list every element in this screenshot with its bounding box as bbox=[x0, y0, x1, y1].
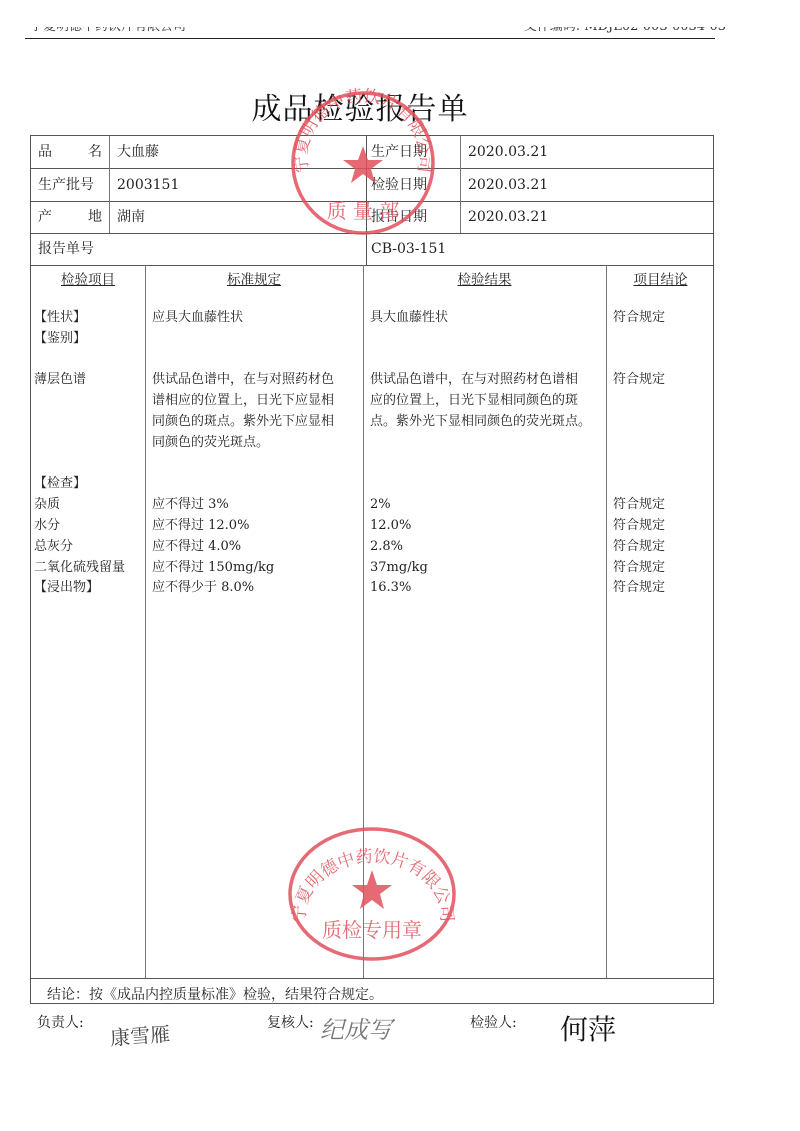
inspection-date-label: 检验日期 bbox=[371, 175, 427, 195]
cell-conclusion bbox=[613, 454, 713, 475]
cell-conclusion: 符合规定 bbox=[613, 537, 713, 558]
cell-item: 水分 bbox=[34, 516, 144, 537]
cell-result: 12.0% bbox=[370, 516, 606, 537]
cell-conclusion bbox=[613, 350, 713, 371]
cell-conclusion bbox=[613, 412, 713, 433]
header-rule bbox=[25, 38, 715, 39]
cell-item: 【检查】 bbox=[34, 474, 144, 495]
report-date-label: 报告日期 bbox=[371, 207, 427, 227]
report-date-value: 2020.03.21 bbox=[468, 207, 548, 227]
origin-value: 湖南 bbox=[117, 207, 145, 227]
cell-item bbox=[34, 412, 144, 433]
cell-result: 2.8% bbox=[370, 537, 606, 558]
divider bbox=[31, 233, 713, 234]
result-column: 具大血藤性状供试品色谱中，在与对照药材色谱相应的位置上，日光下显相同颜色的斑点。… bbox=[370, 308, 606, 599]
cell-conclusion: 符合规定 bbox=[613, 558, 713, 579]
cell-item: 【鉴别】 bbox=[34, 329, 144, 350]
cell-result: 16.3% bbox=[370, 578, 606, 599]
document-code: 文件编码: MDJL02-003-0034-03 bbox=[524, 20, 726, 34]
report-no-label: 报告单号 bbox=[38, 239, 94, 259]
cell-standard: 应不得过 4.0% bbox=[152, 537, 362, 558]
col-header-conclusion: 项目结论 bbox=[606, 268, 715, 288]
cell-item bbox=[34, 454, 144, 475]
divider bbox=[31, 168, 713, 169]
cell-result: 点。紫外光下显相同颜色的荧光斑点。 bbox=[370, 412, 606, 433]
reviewer-label: 复核人: bbox=[267, 1012, 314, 1032]
cell-result bbox=[370, 350, 606, 371]
conclusion-column: 符合规定符合规定符合规定符合规定符合规定符合规定符合规定 bbox=[613, 308, 713, 599]
cell-result bbox=[370, 433, 606, 454]
cell-result bbox=[370, 474, 606, 495]
col-header-standard: 标准规定 bbox=[145, 268, 363, 288]
cell-standard: 应不得少于 8.0% bbox=[152, 578, 362, 599]
inspection-date-value: 2020.03.21 bbox=[468, 175, 548, 195]
cell-result: 37mg/kg bbox=[370, 558, 606, 579]
inspector-label: 检验人: bbox=[470, 1012, 517, 1032]
cell-conclusion: 符合规定 bbox=[613, 370, 713, 391]
cell-standard: 应不得过 150mg/kg bbox=[152, 558, 362, 579]
cell-conclusion bbox=[613, 433, 713, 454]
cell-conclusion bbox=[613, 474, 713, 495]
standard-column: 应具大血藤性状供试品色谱中，在与对照药材色谱相应的位置上，日光下应显相同颜色的斑… bbox=[152, 308, 362, 599]
cell-item bbox=[34, 433, 144, 454]
item-column: 【性状】【鉴别】薄层色谱【检查】杂质水分总灰分二氧化硫残留量【浸出物】 bbox=[34, 308, 144, 599]
production-date-label: 生产日期 bbox=[371, 142, 427, 162]
production-date-value: 2020.03.21 bbox=[468, 142, 548, 162]
report-table: 品名 大血藤 生产日期 2020.03.21 生产批号 2003151 检验日期… bbox=[30, 135, 714, 1004]
final-conclusion: 结论：按《成品内控质量标准》检验，结果符合规定。 bbox=[47, 985, 383, 1005]
divider bbox=[363, 265, 364, 978]
product-name-value: 大血藤 bbox=[117, 142, 159, 162]
cell-standard: 同颜色的斑点。紫外光下应显相 bbox=[152, 412, 362, 433]
cell-standard: 应不得过 12.0% bbox=[152, 516, 362, 537]
cell-item: 【浸出物】 bbox=[34, 578, 144, 599]
divider bbox=[366, 136, 367, 265]
product-name-label: 品名 bbox=[38, 142, 102, 162]
cell-standard: 谱相应的位置上，日光下应显相 bbox=[152, 391, 362, 412]
origin-label: 产地 bbox=[38, 207, 102, 227]
cell-result: 应的位置上，日光下显相同颜色的斑 bbox=[370, 391, 606, 412]
cell-standard: 供试品色谱中，在与对照药材色 bbox=[152, 370, 362, 391]
divider bbox=[109, 136, 110, 233]
divider bbox=[606, 265, 607, 978]
col-header-result: 检验结果 bbox=[363, 268, 606, 288]
divider bbox=[145, 265, 146, 978]
responsible-label: 负责人: bbox=[37, 1012, 84, 1032]
batch-label: 生产批号 bbox=[38, 175, 94, 195]
cell-conclusion bbox=[613, 391, 713, 412]
col-header-item: 检验项目 bbox=[31, 268, 145, 288]
cell-standard bbox=[152, 350, 362, 371]
cell-item: 二氧化硫残留量 bbox=[34, 558, 144, 579]
divider bbox=[31, 978, 713, 979]
cell-item bbox=[34, 391, 144, 412]
inspector-signature: 何萍 bbox=[560, 1008, 616, 1048]
responsible-signature: 康雪雁 bbox=[109, 1018, 171, 1051]
page-title: 成品检验报告单 bbox=[0, 84, 720, 128]
cell-standard bbox=[152, 329, 362, 350]
cell-result: 供试品色谱中，在与对照药材色谱相 bbox=[370, 370, 606, 391]
cell-conclusion: 符合规定 bbox=[613, 308, 713, 329]
divider bbox=[31, 265, 713, 266]
cell-conclusion: 符合规定 bbox=[613, 495, 713, 516]
cell-item: 杂质 bbox=[34, 495, 144, 516]
report-no-value: CB-03-151 bbox=[371, 239, 446, 259]
cell-standard bbox=[152, 454, 362, 475]
cell-conclusion bbox=[613, 329, 713, 350]
cell-item: 薄层色谱 bbox=[34, 370, 144, 391]
cell-result bbox=[370, 329, 606, 350]
cell-result bbox=[370, 454, 606, 475]
batch-value: 2003151 bbox=[117, 175, 179, 195]
cell-item: 【性状】 bbox=[34, 308, 144, 329]
cell-standard: 应不得过 3% bbox=[152, 495, 362, 516]
page-header: 宁夏明德中药饮片有限公司 文件编码: MDJL02-003-0034-03 bbox=[0, 0, 800, 40]
divider bbox=[460, 136, 461, 233]
cell-conclusion: 符合规定 bbox=[613, 578, 713, 599]
reviewer-signature: 纪成写 bbox=[320, 1010, 392, 1045]
cell-conclusion: 符合规定 bbox=[613, 516, 713, 537]
cell-item: 总灰分 bbox=[34, 537, 144, 558]
cell-result: 具大血藤性状 bbox=[370, 308, 606, 329]
divider bbox=[31, 201, 713, 202]
cell-standard: 同颜色的荧光斑点。 bbox=[152, 433, 362, 454]
cell-item bbox=[34, 350, 144, 371]
company-name: 宁夏明德中药饮片有限公司 bbox=[30, 20, 186, 34]
cell-result: 2% bbox=[370, 495, 606, 516]
cell-standard bbox=[152, 474, 362, 495]
cell-standard: 应具大血藤性状 bbox=[152, 308, 362, 329]
